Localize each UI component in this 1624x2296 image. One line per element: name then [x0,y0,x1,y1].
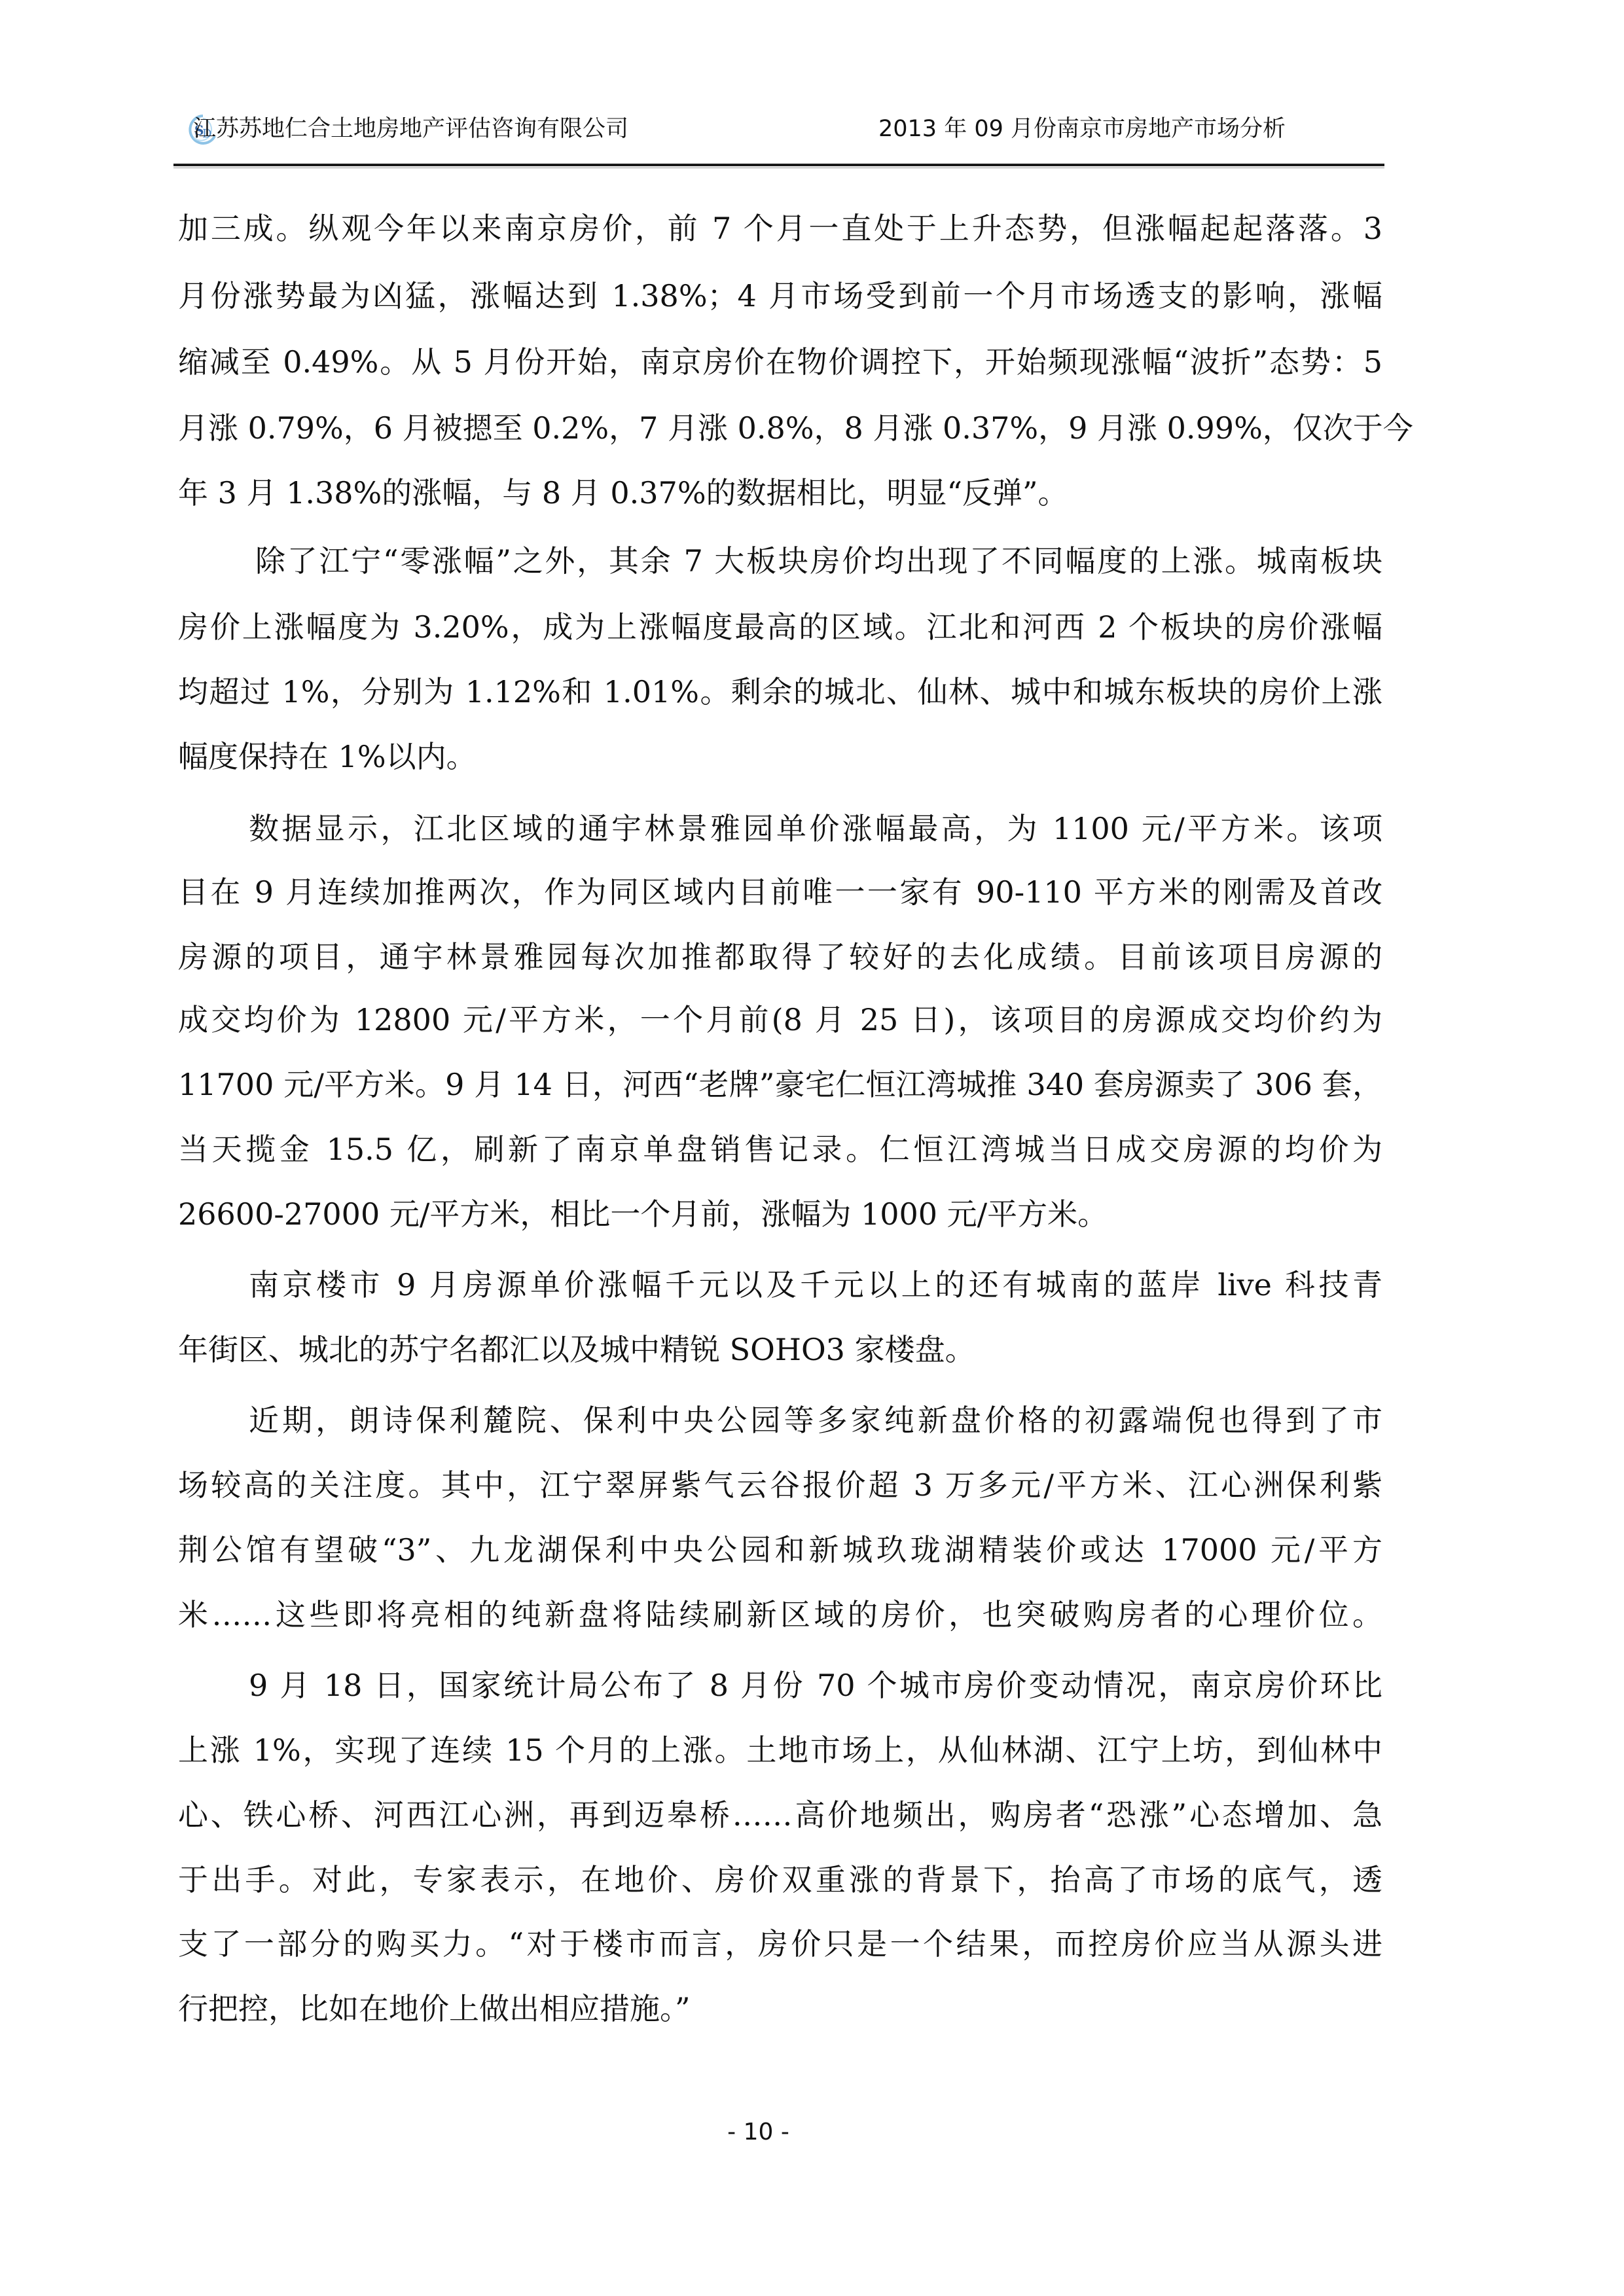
paragraph-4-line-2: 年街区、城北的苏宁名都汇以及城中精锐 SOHO3 家楼盘。 [178,1330,1382,1369]
document-page: S D 江苏苏地仁合土地房地产评估咨询有限公司 2013 年 09 月份南京市房… [0,0,1624,2296]
paragraph-3-line-3: 房源的项目，通宇林景雅园每次加推都取得了较好的去化成绩。目前该项目房源的 [178,937,1382,977]
paragraph-3-line-6: 当天揽金 15.5 亿，刷新了南京单盘销售记录。仁恒江湾城当日成交房源的均价为 [178,1130,1382,1169]
paragraph-6-line-5: 支了一部分的购买力。“对于楼市而言，房价只是一个结果，而控房价应当从源头进 [178,1924,1382,1964]
paragraph-1-line-1: 加三成。纵观今年以来南京房价，前 7 个月一直处于上升态势，但涨幅起起落落。3 [178,209,1382,248]
paragraph-6-line-1: 9 月 18 日，国家统计局公布了 8 月份 70 个城市房价变动情况，南京房价… [249,1666,1382,1705]
paragraph-5-line-4: 米……这些即将亮相的纯新盘将陆续刷新区域的房价，也突破购房者的心理价位。 [178,1595,1382,1634]
paragraph-4-line-1: 南京楼市 9 月房源单价涨幅千元以及千元以上的还有城南的蓝岸 live 科技青 [249,1265,1382,1304]
page-header: S D 江苏苏地仁合土地房地产评估咨询有限公司 2013 年 09 月份南京市房… [173,110,1384,149]
paragraph-2-line-3: 均超过 1%，分别为 1.12%和 1.01%。剩余的城北、仙林、城中和城东板块… [178,672,1382,711]
paragraph-6-line-4: 于出手。对此，专家表示，在地价、房价双重涨的背景下，抬高了市场的底气，透 [178,1860,1382,1899]
paragraph-3-line-2: 目在 9 月连续加推两次，作为同区域内目前唯一一家有 90-110 平方米的刚需… [178,872,1382,912]
paragraph-3-line-1: 数据显示，江北区域的通宇林景雅园单价涨幅最高，为 1100 元/平方米。该项 [249,809,1382,848]
header-divider [173,164,1384,166]
paragraph-6-line-6: 行把控，比如在地价上做出相应措施。” [178,1989,1382,2028]
paragraph-3-line-5: 11700 元/平方米。9 月 14 日，河西“老牌”豪宅仁恒江湾城推 340 … [178,1065,1382,1104]
paragraph-5-line-3: 荆公馆有望破“3”、九龙湖保利中央公园和新城玖珑湖精装价或达 17000 元/平… [178,1530,1382,1570]
paragraph-3-line-7: 26600-27000 元/平方米，相比一个月前，涨幅为 1000 元/平方米。 [178,1194,1382,1234]
company-name: 江苏苏地仁合土地房地产评估咨询有限公司 [193,113,628,145]
paragraph-1-line-2: 月份涨势最为凶猛，涨幅达到 1.38%；4 月市场受到前一个月市场透支的影响，涨… [178,276,1382,315]
page-footer: - 10 - [0,2118,1624,2147]
paragraph-5-line-1: 近期，朗诗保利麓院、保利中央公园等多家纯新盘价格的初露端倪也得到了市 [249,1401,1382,1440]
paragraph-2-line-4: 幅度保持在 1%以内。 [178,737,1382,776]
paragraph-3-line-4: 成交均价为 12800 元/平方米，一个月前(8 月 25 日)，该项目的房源成… [178,1000,1382,1039]
report-title: 2013 年 09 月份南京市房地产市场分析 [878,113,1286,145]
header-divider-thin [173,168,1384,168]
paragraph-5-line-2: 场较高的关注度。其中，江宁翠屏紫气云谷报价超 3 万多元/平方米、江心洲保利紫 [178,1465,1382,1505]
paragraph-2-line-2: 房价上涨幅度为 3.20%，成为上涨幅度最高的区域。江北和河西 2 个板块的房价… [178,607,1382,647]
paragraph-2-line-1: 除了江宁“零涨幅”之外，其余 7 大板块房价均出现了不同幅度的上涨。城南板块 [255,541,1382,581]
paragraph-1-line-5: 年 3 月 1.38%的涨幅，与 8 月 0.37%的数据相比，明显“反弹”。 [178,473,1382,512]
paragraph-1-line-4: 月涨 0.79%，6 月被摁至 0.2%，7 月涨 0.8%，8 月涨 0.37… [178,408,1382,448]
paragraph-6-line-3: 心、铁心桥、河西江心洲，再到迈皋桥……高价地频出，购房者“恐涨”心态增加、急 [178,1795,1382,1835]
paragraph-6-line-2: 上涨 1%，实现了连续 15 个月的上涨。土地市场上，从仙林湖、江宁上坊，到仙林… [178,1731,1382,1770]
paragraph-1-line-3: 缩减至 0.49%。从 5 月份开始，南京房价在物价调控下，开始频现涨幅“波折”… [178,342,1382,382]
page-number: - 10 - [727,2119,789,2145]
